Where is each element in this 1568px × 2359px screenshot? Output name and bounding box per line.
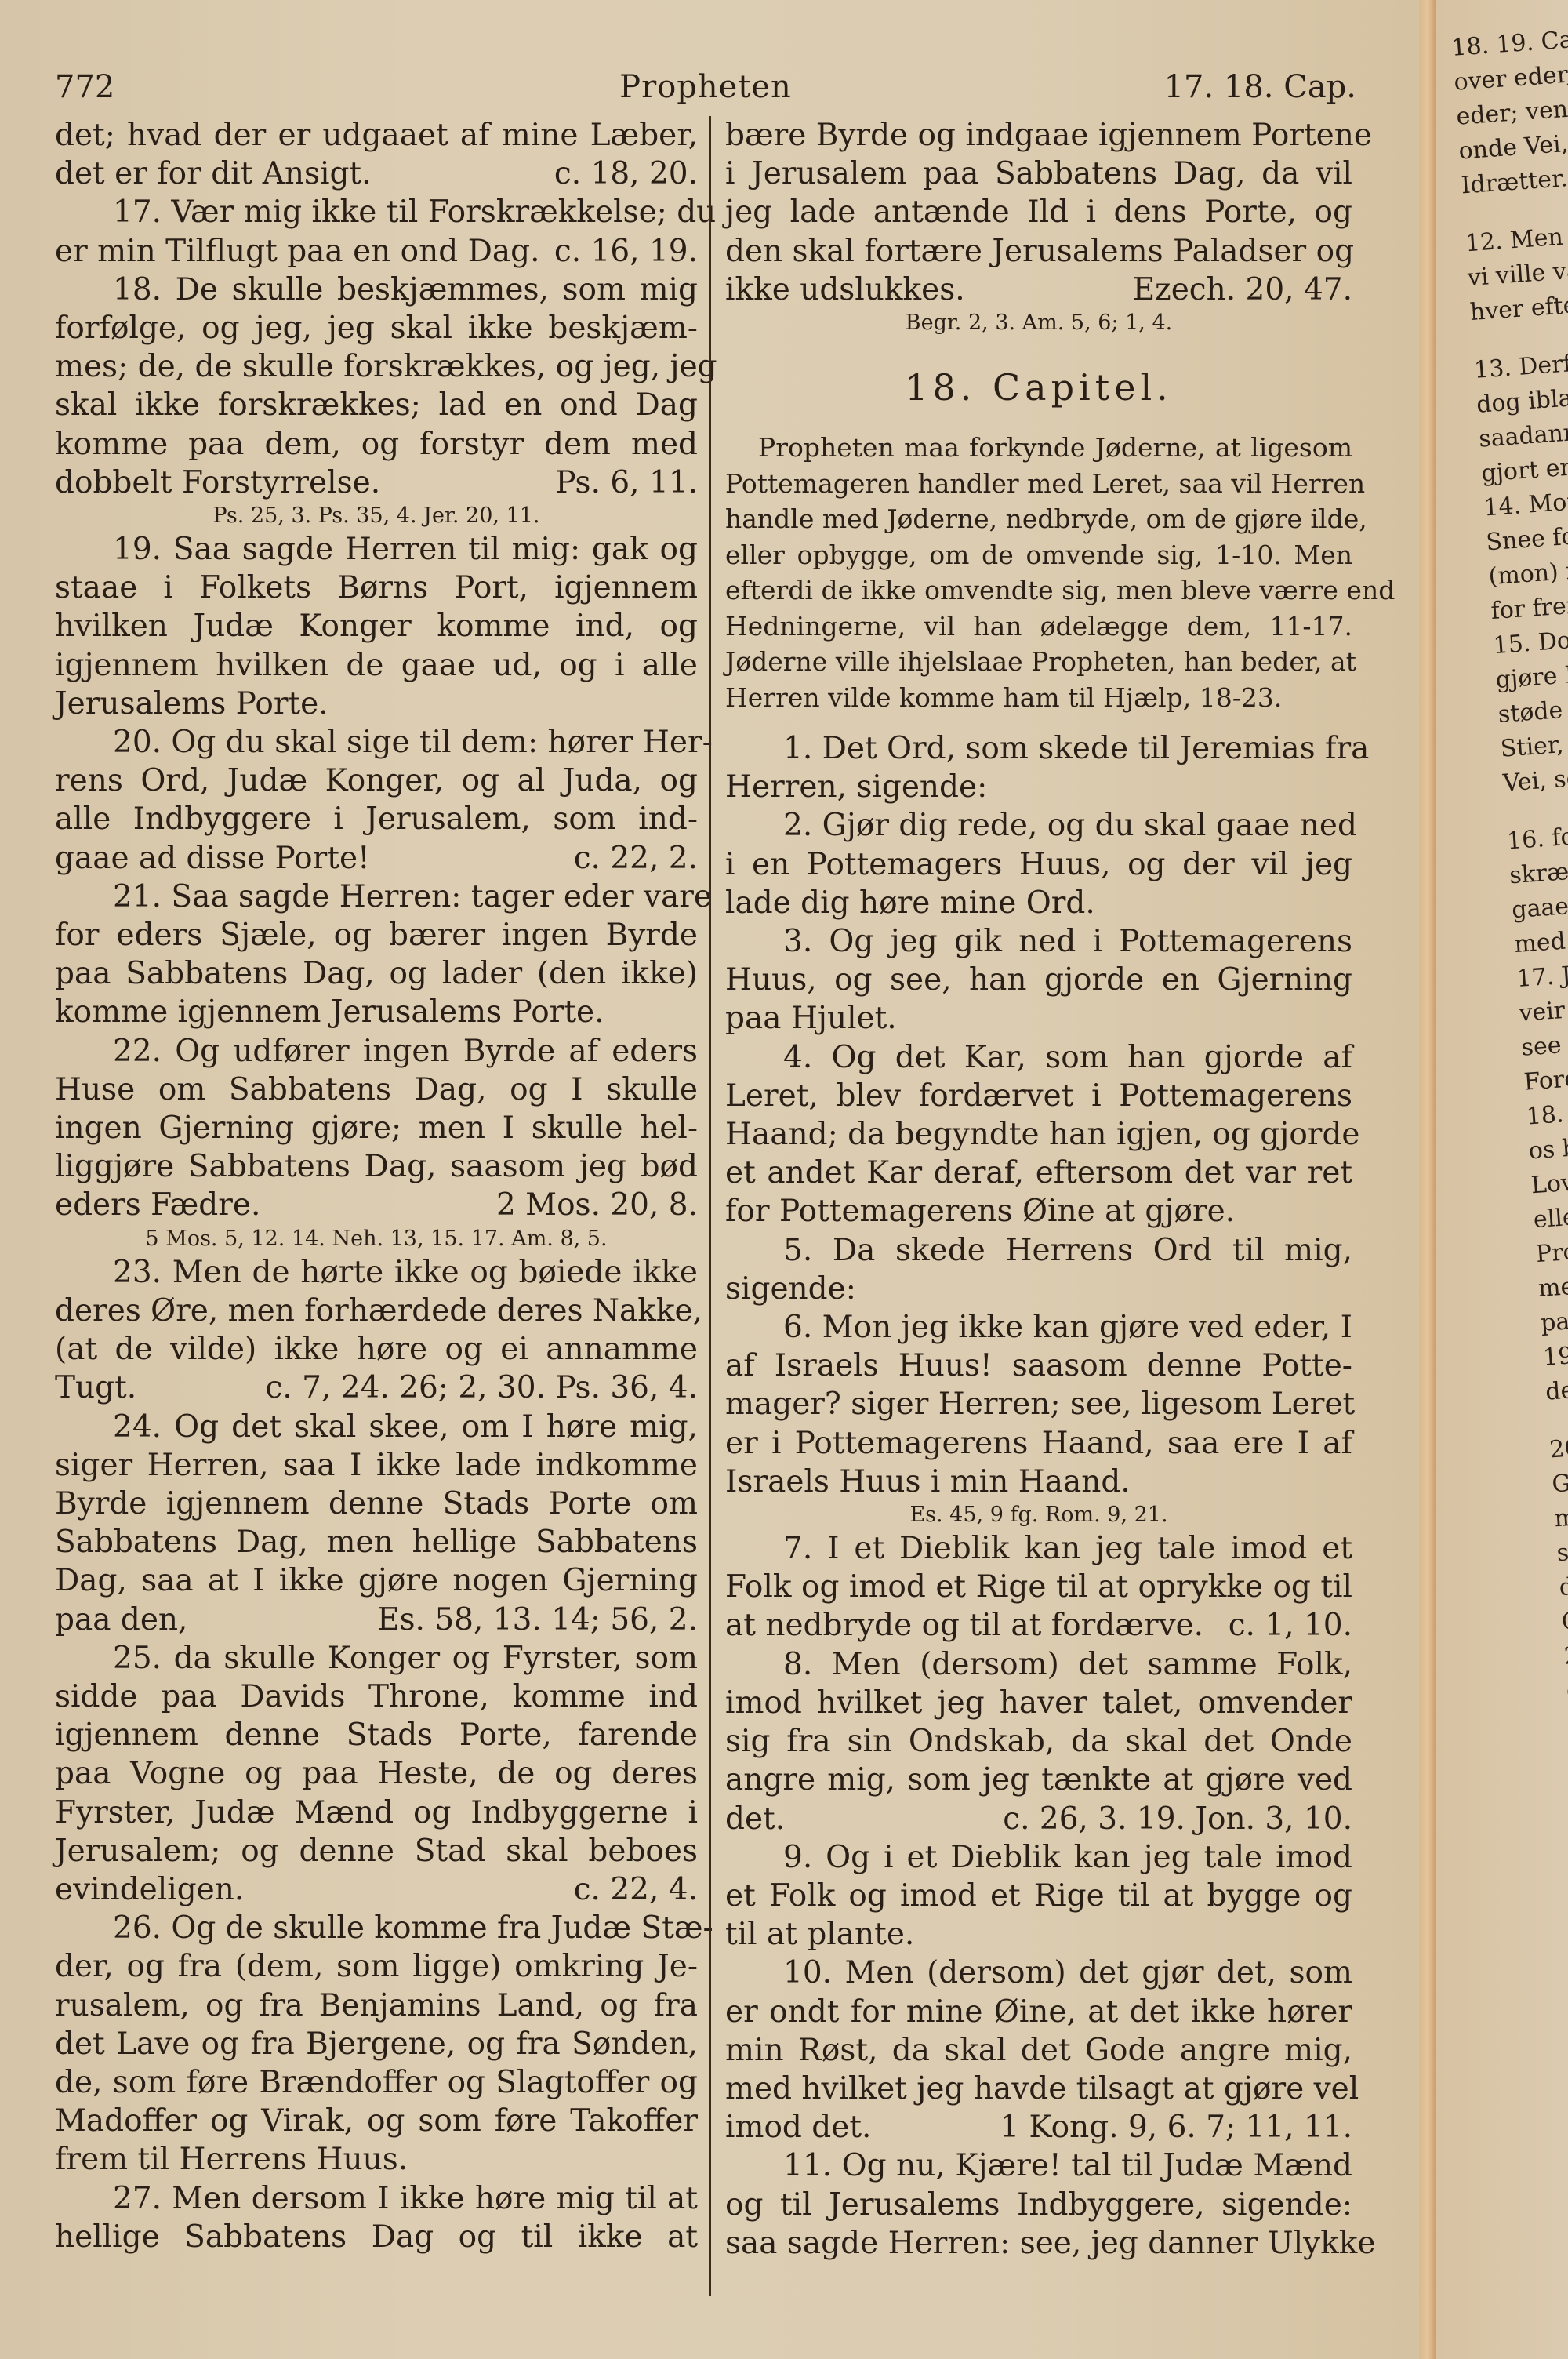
line-text: Jerusalems Porte. xyxy=(55,686,328,722)
line-text: Herren vilde komme ham til Hjælp, 18-23. xyxy=(725,682,1282,713)
text-line: ingen Gjerning gjøre; men I skulle hel- xyxy=(55,1109,698,1147)
line-text: jeg lade antænde Ild i dens Porte, og xyxy=(725,194,1352,230)
line-text: forfølge, og jeg, jeg skal ikke beskjæm- xyxy=(55,311,698,346)
line-text: det er for dit Ansigt. xyxy=(55,156,372,191)
book-title: Propheten xyxy=(55,69,1356,105)
verse-reference: 2 Mos. 20, 8. xyxy=(496,1186,698,1224)
line-text: eders Fædre. xyxy=(55,1187,260,1223)
text-line: Folk og imod et Rige til at oprykke og t… xyxy=(725,1568,1352,1606)
line-text: alle Indbyggere i Jerusalem, som ind- xyxy=(55,801,698,837)
line-text: 23. Men de hørte ikke og bøiede ikke xyxy=(113,1255,698,1290)
verse-reference: c. 7, 24. 26; 2, 30. Ps. 36, 4. xyxy=(266,1369,698,1407)
text-line: i en Pottemagers Huus, og der vil jeg xyxy=(725,845,1352,884)
text-line: Haand; da begyndte han igjen, og gjorde xyxy=(725,1115,1352,1154)
column-divider xyxy=(709,116,711,2296)
text-line: angre mig, som jeg tænkte at gjøre ved xyxy=(725,1761,1352,1799)
line-text: er min Tilflugt paa en ond Dag. xyxy=(55,234,540,269)
line-text: paa Vogne og paa Heste, de og deres xyxy=(55,1756,698,1791)
line-text: den skal fortære Jerusalems Paladser og xyxy=(725,234,1354,269)
line-text: Byrde igjennem denne Stads Porte om xyxy=(55,1486,698,1521)
line-text: angre mig, som jeg tænkte at gjøre ved xyxy=(725,1762,1352,1797)
text-line: af Israels Huus! saasom denne Potte- xyxy=(725,1347,1352,1385)
line-text: 6. Mon jeg ikke kan gjøre ved eder, I xyxy=(783,1310,1352,1345)
line-text: paa Hjulet. xyxy=(725,1001,897,1036)
verse-reference: c. 26, 3. 19. Jon. 3, 10. xyxy=(1003,1800,1352,1838)
line-text: i Jerusalem paa Sabbatens Dag, da vil xyxy=(725,156,1352,191)
line-text: komme igjennem Jerusalems Porte. xyxy=(55,994,604,1030)
line-text: Propheten maa forkynde Jøderne, at liges… xyxy=(758,432,1352,463)
line-text: Israels Huus i min Haand. xyxy=(725,1464,1131,1499)
text-line: frem til Herrens Huus. xyxy=(55,2140,698,2179)
text-line: Leret, blev fordærvet i Pottemagerens xyxy=(725,1077,1352,1115)
line-text: Huse om Sabbatens Dag, og I skulle xyxy=(55,1072,698,1107)
text-line: evindeligen.c. 22, 4. xyxy=(55,1870,698,1909)
text-line: eders Fædre.2 Mos. 20, 8. xyxy=(55,1186,698,1224)
text-line: Herren vilde komme ham til Hjælp, 18-23. xyxy=(725,680,1352,716)
line-text: Sabbatens Dag, men hellige Sabbatens xyxy=(55,1525,698,1560)
text-line: er ondt for mine Øine, at det ikke hører xyxy=(725,1993,1352,2031)
text-line: liggjøre Sabbatens Dag, saasom jeg bød xyxy=(55,1147,698,1186)
line-text: 2. Gjør dig rede, og du skal gaae ned xyxy=(783,808,1357,843)
text-line: med hvilket jeg havde tilsagt at gjøre v… xyxy=(725,2070,1352,2108)
line-text: et andet Kar deraf, eftersom det var ret xyxy=(725,1155,1352,1190)
text-line: hvilken Judæ Konger komme ind, og xyxy=(55,607,698,645)
book-gutter xyxy=(1419,0,1438,2359)
text-line: 25. da skulle Konger og Fyrster, som xyxy=(55,1639,698,1677)
text-line: igjennem denne Stads Porte, farende xyxy=(55,1716,698,1754)
line-text: Leret, blev fordærvet i Pottemagerens xyxy=(725,1078,1352,1114)
text-line: rens Ord, Judæ Konger, og al Juda, og xyxy=(55,761,698,800)
text-line: Pottemageren handler med Leret, saa vil … xyxy=(725,466,1352,502)
line-text: er ondt for mine Øine, at det ikke hører xyxy=(725,1994,1352,2030)
text-line: skal ikke forskrækkes; lad en ond Dag xyxy=(55,386,698,424)
line-text: imod hvilket jeg haver talet, omvender xyxy=(725,1685,1352,1721)
text-line: 23. Men de hørte ikke og bøiede ikke xyxy=(55,1253,698,1292)
left-column: det; hvad der er udgaaet af mine Læber,d… xyxy=(55,116,698,2256)
text-line: 21. Saa sagde Herren: tager eder vare xyxy=(55,878,698,916)
line-text: mager? siger Herren; see, ligesom Leret xyxy=(725,1387,1355,1422)
facing-page: 18. 19. Cap.over eder, ogeder; venderond… xyxy=(1436,0,1568,2359)
text-line: 9. Og i et Dieblik kan jeg tale imod xyxy=(725,1838,1352,1877)
verse-reference: c. 22, 4. xyxy=(574,1870,698,1909)
text-line: siger Herren, saa I ikke lade indkomme xyxy=(55,1446,698,1485)
line-text: hellige Sabbatens Dag og til ikke at xyxy=(55,2219,698,2255)
text-line: et Folk og imod et Rige til at bygge og xyxy=(725,1877,1352,1915)
text-line: 5. Da skede Herrens Ord til mig, xyxy=(725,1231,1352,1270)
line-text: 10. Men (dersom) det gjør det, som xyxy=(783,1955,1352,1990)
text-line: den skal fortære Jerusalems Paladser og xyxy=(725,232,1352,271)
text-line: er i Pottemagerens Haand, saa ere I af xyxy=(725,1424,1352,1463)
text-line: de, som føre Brændoffer og Slagtoffer og xyxy=(55,2063,698,2102)
text-line: 27. Men dersom I ikke høre mig til at xyxy=(55,2179,698,2218)
line-text: det. xyxy=(725,1801,785,1837)
text-line: Hedningerne, vil han ødelægge dem, 11-17… xyxy=(725,609,1352,645)
line-text: Haand; da begyndte han igjen, og gjorde xyxy=(725,1117,1360,1152)
line-text: er i Pottemagerens Haand, saa ere I af xyxy=(725,1426,1352,1461)
text-line: til at plante. xyxy=(725,1915,1352,1954)
line-text: i en Pottemagers Huus, og der vil jeg xyxy=(725,847,1352,882)
text-line: alle Indbyggere i Jerusalem, som ind- xyxy=(55,800,698,838)
line-text: Folk og imod et Rige til at oprykke og t… xyxy=(725,1569,1352,1605)
text-line: for eders Sjæle, og bærer ingen Byrde xyxy=(55,916,698,954)
line-text: hvilken Judæ Konger komme ind, og xyxy=(55,609,698,644)
text-line: Herren, sigende: xyxy=(725,768,1352,806)
line-text: 7. I et Dieblik kan jeg tale imod et xyxy=(783,1531,1352,1566)
text-line: det.c. 26, 3. 19. Jon. 3, 10. xyxy=(725,1800,1352,1838)
facing-page-text: 18. 19. Cap.over eder, ogeder; venderond… xyxy=(1450,15,1568,1984)
line-text: 20. Og du skal sige til dem: hører Her- xyxy=(113,725,713,760)
verse-reference: 1 Kong. 9, 6. 7; 11, 11. xyxy=(1000,2108,1352,2146)
text-line: sig fra sin Ondskab, da skal det Onde xyxy=(725,1722,1352,1761)
text-line: 26. Og de skulle komme fra Judæ Stæ- xyxy=(55,1909,698,1947)
text-line: Madoffer og Virak, og som føre Takoffer xyxy=(55,2102,698,2140)
line-text: til at plante. xyxy=(725,1917,914,1952)
text-line: Sabbatens Dag, men hellige Sabbatens xyxy=(55,1523,698,1561)
line-text: Tugt. xyxy=(55,1370,136,1405)
text-line: paa Hjulet. xyxy=(725,999,1352,1038)
line-text: eller opbygge, om de omvende sig, 1-10. … xyxy=(725,540,1352,570)
text-line: dobbelt Forstyrrelse.Ps. 6, 11. xyxy=(55,463,698,502)
text-line: det Lave og fra Bjergene, og fra Sønden, xyxy=(55,2025,698,2063)
text-line: Israels Huus i min Haand. xyxy=(725,1463,1352,1501)
right-column: bære Byrde og indgaae igjennem Portenei … xyxy=(725,116,1352,2263)
text-line: 7. I et Dieblik kan jeg tale imod et xyxy=(725,1529,1352,1568)
text-line: sidde paa Davids Throne, komme ind xyxy=(55,1677,698,1716)
text-line: 18. De skulle beskjæmmes, som mig xyxy=(55,271,698,309)
right-column-continuation: bære Byrde og indgaae igjennem Portenei … xyxy=(725,116,1352,337)
line-text: Hedningerne, vil han ødelægge dem, 11-17… xyxy=(725,611,1352,642)
line-text: der, og fra (dem, som ligge) omkring Je- xyxy=(55,1949,698,1984)
line-text: paa den, xyxy=(55,1602,187,1637)
line-text: sigende: xyxy=(725,1271,856,1307)
line-text: bære Byrde og indgaae igjennem Portene xyxy=(725,118,1372,153)
line-text: og til Jerusalems Indbyggere, sigende: xyxy=(725,2187,1352,2223)
text-line: paa Sabbatens Dag, og lader (den ikke) xyxy=(55,954,698,993)
text-line: komme igjennem Jerusalems Porte. xyxy=(55,993,698,1031)
text-line: Dag, saa at I ikke gjøre nogen Gjerning xyxy=(55,1561,698,1600)
line-text: ingen Gjerning gjøre; men I skulle hel- xyxy=(55,1110,698,1146)
line-text: 3. Og jeg gik ned i Pottemagerens xyxy=(783,924,1352,959)
text-line: mes; de, de skulle forskrækkes, og jeg, … xyxy=(55,347,698,386)
line-text: komme paa dem, og forstyr dem med xyxy=(55,427,698,462)
verse-reference: Ps. 6, 11. xyxy=(555,463,698,502)
line-text: (at de vilde) ikke høre og ei annamme xyxy=(55,1332,698,1367)
text-line: Jerusalem; og denne Stad skal beboes xyxy=(55,1832,698,1870)
line-text: saa sagde Herren: see, jeg danner Ulykke xyxy=(725,2226,1376,2261)
text-line: (at de vilde) ikke høre og ei annamme xyxy=(55,1330,698,1369)
text-line: er min Tilflugt paa en ond Dag.c. 16, 19… xyxy=(55,232,698,271)
text-line: det er for dit Ansigt.c. 18, 20. xyxy=(55,154,698,193)
line-text: sig fra sin Ondskab, da skal det Onde xyxy=(725,1724,1352,1759)
text-line: Fyrster, Judæ Mænd og Indbyggerne i xyxy=(55,1794,698,1832)
line-text: 5. Da skede Herrens Ord til mig, xyxy=(783,1233,1352,1268)
chapter-verses: 1. Det Ord, som skede til Jeremias fraHe… xyxy=(725,729,1352,2263)
line-text: Huus, og see, han gjorde en Gjerning xyxy=(725,962,1352,998)
line-text: 19. Saa sagde Herren til mig: gak og xyxy=(113,532,698,567)
verse-reference: c. 18, 20. xyxy=(554,154,698,193)
verse-reference: c. 1, 10. xyxy=(1229,1606,1352,1645)
line-text: paa Sabbatens Dag, og lader (den ikke) xyxy=(55,956,698,991)
line-text: 8. Men (dersom) det samme Folk, xyxy=(783,1647,1352,1682)
text-line: min Røst, da skal det Gode angre mig, xyxy=(725,2031,1352,2070)
line-text: skal ikke forskrækkes; lad en ond Dag xyxy=(55,387,698,423)
text-line: mager? siger Herren; see, ligesom Leret xyxy=(725,1385,1352,1423)
line-text: handle med Jøderne, nedbryde, om de gjør… xyxy=(725,503,1367,534)
line-text: 17. Vær mig ikke til Forskrækkelse; du xyxy=(113,194,716,230)
text-line: komme paa dem, og forstyr dem med xyxy=(55,425,698,463)
line-text: med hvilket jeg havde tilsagt at gjøre v… xyxy=(725,2071,1359,2106)
line-text: 11. Og nu, Kjære! tal til Judæ Mænd xyxy=(783,2148,1352,2183)
text-line: handle med Jøderne, nedbryde, om de gjør… xyxy=(725,501,1352,537)
text-line: igjennem hvilken de gaae ud, og i alle xyxy=(55,646,698,685)
cross-reference: 5 Mos. 5, 12. 14. Neh. 13, 15. 17. Am. 8… xyxy=(55,1225,698,1253)
text-line: lade dig høre mine Ord. xyxy=(725,884,1352,922)
line-text: 22. Og udfører ingen Byrde af eders xyxy=(113,1034,698,1069)
text-line: gaae ad disse Porte!c. 22, 2. xyxy=(55,839,698,878)
line-text: deres Øre, men forhærdede deres Nakke, xyxy=(55,1293,702,1329)
line-text: 9. Og i et Dieblik kan jeg tale imod xyxy=(783,1840,1352,1875)
line-text: siger Herren, saa I ikke lade indkomme xyxy=(55,1448,698,1483)
line-text: Pottemageren handler med Leret, saa vil … xyxy=(725,468,1365,499)
text-line: et andet Kar deraf, eftersom det var ret xyxy=(725,1154,1352,1192)
text-line: 10. Men (dersom) det gjør det, som xyxy=(725,1954,1352,1992)
text-line: 22. Og udfører ingen Byrde af eders xyxy=(55,1032,698,1070)
text-line: 19. Saa sagde Herren til mig: gak og xyxy=(55,530,698,569)
cross-reference: Ps. 25, 3. Ps. 35, 4. Jer. 20, 11. xyxy=(55,502,698,530)
line-text: evindeligen. xyxy=(55,1872,244,1907)
line-text: 4. Og det Kar, som han gjorde af xyxy=(783,1040,1352,1075)
text-line: Huus, og see, han gjorde en Gjerning xyxy=(725,961,1352,999)
chapter-summary: Propheten maa forkynde Jøderne, at liges… xyxy=(725,430,1352,715)
line-text: rens Ord, Judæ Konger, og al Juda, og xyxy=(55,763,698,798)
line-text: Jerusalem; og denne Stad skal beboes xyxy=(55,1834,698,1869)
text-line: 8. Men (dersom) det samme Folk, xyxy=(725,1645,1352,1684)
line-text: 25. da skulle Konger og Fyrster, som xyxy=(113,1641,698,1676)
text-line: deres Øre, men forhærdede deres Nakke, xyxy=(55,1292,698,1330)
text-line: staae i Folkets Børns Port, igjennem xyxy=(55,569,698,607)
text-line: eller opbygge, om de omvende sig, 1-10. … xyxy=(725,537,1352,573)
line-text: af Israels Huus! saasom denne Potte- xyxy=(725,1348,1352,1383)
text-line: 24. Og det skal skee, om I høre mig, xyxy=(55,1408,698,1446)
line-text: 24. Og det skal skee, om I høre mig, xyxy=(113,1409,698,1445)
line-text: mes; de, de skulle forskrækkes, og jeg, … xyxy=(55,349,717,384)
text-line: der, og fra (dem, som ligge) omkring Je- xyxy=(55,1947,698,1986)
text-line: 1. Det Ord, som skede til Jeremias fra xyxy=(725,729,1352,768)
line-text: de, som føre Brændoffer og Slagtoffer og xyxy=(55,2065,698,2100)
line-text: min Røst, da skal det Gode angre mig, xyxy=(725,2033,1352,2068)
text-line: saa sagde Herren: see, jeg danner Ulykke xyxy=(725,2224,1352,2263)
text-line: 17. Vær mig ikke til Forskrækkelse; du xyxy=(55,193,698,231)
line-text: at nedbryde og til at fordærve. xyxy=(725,1608,1203,1643)
chapter-marker: 17. 18. Cap. xyxy=(1164,69,1356,105)
text-line: hellige Sabbatens Dag og til ikke at xyxy=(55,2218,698,2256)
running-head: 772 Propheten 17. 18. Cap. xyxy=(55,69,1356,116)
text-line: 2. Gjør dig rede, og du skal gaae ned xyxy=(725,806,1352,845)
line-text: igjennem denne Stads Porte, farende xyxy=(55,1717,698,1753)
text-line: efterdi de ikke omvendte sig, men bleve … xyxy=(725,572,1352,609)
text-line: i Jerusalem paa Sabbatens Dag, da vil xyxy=(725,154,1352,193)
line-text: rusalem, og fra Benjamins Land, og fra xyxy=(55,1988,698,2023)
line-text: Madoffer og Virak, og som føre Takoffer xyxy=(55,2103,698,2139)
text-line: bære Byrde og indgaae igjennem Portene xyxy=(725,116,1352,154)
text-line: paa den,Es. 58, 13. 14; 56, 2. xyxy=(55,1601,698,1639)
line-text: Dag, saa at I ikke gjøre nogen Gjerning xyxy=(55,1563,698,1598)
text-line: sigende: xyxy=(725,1270,1352,1308)
line-text: det Lave og fra Bjergene, og fra Sønden, xyxy=(55,2026,698,2062)
verse-reference: c. 22, 2. xyxy=(574,839,698,878)
text-line: 11. Og nu, Kjære! tal til Judæ Mænd xyxy=(725,2146,1352,2185)
line-text: Fyrster, Judæ Mænd og Indbyggerne i xyxy=(55,1795,698,1830)
line-text: for Pottemagerens Øine at gjøre. xyxy=(725,1194,1235,1229)
text-line: jeg lade antænde Ild i dens Porte, og xyxy=(725,193,1352,231)
book-page: 772 Propheten 17. 18. Cap. det; hvad der… xyxy=(0,0,1419,2359)
line-text: sidde paa Davids Throne, komme ind xyxy=(55,1679,698,1714)
line-text: imod det. xyxy=(725,2110,871,2145)
line-text: staae i Folkets Børns Port, igjennem xyxy=(55,570,698,605)
text-line: 6. Mon jeg ikke kan gjøre ved eder, I xyxy=(725,1308,1352,1347)
line-text: for eders Sjæle, og bærer ingen Byrde xyxy=(55,918,698,953)
line-text: frem til Herrens Huus. xyxy=(55,2142,408,2177)
text-line: det; hvad der er udgaaet af mine Læber, xyxy=(55,116,698,154)
line-text: liggjøre Sabbatens Dag, saasom jeg bød xyxy=(55,1149,698,1184)
line-text: gaae ad disse Porte! xyxy=(55,841,370,876)
line-text: det; hvad der er udgaaet af mine Læber, xyxy=(55,118,698,153)
text-line: 20. Og du skal sige til dem: hører Her- xyxy=(55,723,698,761)
cross-reference: Es. 45, 9 fg. Rom. 9, 21. xyxy=(725,1501,1352,1529)
verse-reference: c. 16, 19. xyxy=(554,232,698,271)
text-line: Propheten maa forkynde Jøderne, at liges… xyxy=(725,430,1352,466)
line-text: ikke udslukkes. xyxy=(725,272,965,307)
text-line: Jerusalems Porte. xyxy=(55,685,698,723)
line-text: lade dig høre mine Ord. xyxy=(725,885,1095,921)
line-text: 21. Saa sagde Herren: tager eder vare xyxy=(113,879,712,914)
text-line: forfølge, og jeg, jeg skal ikke beskjæm- xyxy=(55,309,698,347)
text-line: 4. Og det Kar, som han gjorde af xyxy=(725,1038,1352,1077)
text-line: paa Vogne og paa Heste, de og deres xyxy=(55,1754,698,1793)
line-text: efterdi de ikke omvendte sig, men bleve … xyxy=(725,575,1395,605)
text-line: imod hvilket jeg haver talet, omvender xyxy=(725,1684,1352,1722)
line-text: dobbelt Forstyrrelse. xyxy=(55,465,380,500)
line-text: 27. Men dersom I ikke høre mig til at xyxy=(113,2181,698,2216)
text-line: imod det.1 Kong. 9, 6. 7; 11, 11. xyxy=(725,2108,1352,2146)
text-line: Tugt.c. 7, 24. 26; 2, 30. Ps. 36, 4. xyxy=(55,1369,698,1407)
line-text: igjennem hvilken de gaae ud, og i alle xyxy=(55,648,698,683)
text-line: Jøderne ville ihjelslaae Propheten, han … xyxy=(725,644,1352,680)
line-text: Jøderne ville ihjelslaae Propheten, han … xyxy=(725,646,1356,677)
text-line: Huse om Sabbatens Dag, og I skulle xyxy=(55,1070,698,1109)
verse-reference: Ezech. 20, 47. xyxy=(1133,271,1352,309)
text-line: ikke udslukkes.Ezech. 20, 47. xyxy=(725,271,1352,309)
verse-reference: Es. 58, 13. 14; 56, 2. xyxy=(377,1601,698,1639)
text-line: for Pottemagerens Øine at gjøre. xyxy=(725,1192,1352,1230)
chapter-heading: 18. Capitel. xyxy=(725,364,1352,411)
line-text: 18. De skulle beskjæmmes, som mig xyxy=(113,272,698,307)
text-line: 3. Og jeg gik ned i Pottemagerens xyxy=(725,922,1352,961)
text-line: rusalem, og fra Benjamins Land, og fra xyxy=(55,1986,698,2025)
text-line: Byrde igjennem denne Stads Porte om xyxy=(55,1485,698,1523)
line-text: 1. Det Ord, som skede til Jeremias fra xyxy=(783,731,1369,766)
text-line: og til Jerusalems Indbyggere, sigende: xyxy=(725,2186,1352,2224)
line-text: 26. Og de skulle komme fra Judæ Stæ- xyxy=(113,1910,713,1946)
line-text: Herren, sigende: xyxy=(725,769,987,805)
cross-reference: Begr. 2, 3. Am. 5, 6; 1, 4. xyxy=(725,309,1352,337)
line-text: et Folk og imod et Rige til at bygge og xyxy=(725,1878,1352,1914)
text-line: at nedbryde og til at fordærve.c. 1, 10. xyxy=(725,1606,1352,1645)
